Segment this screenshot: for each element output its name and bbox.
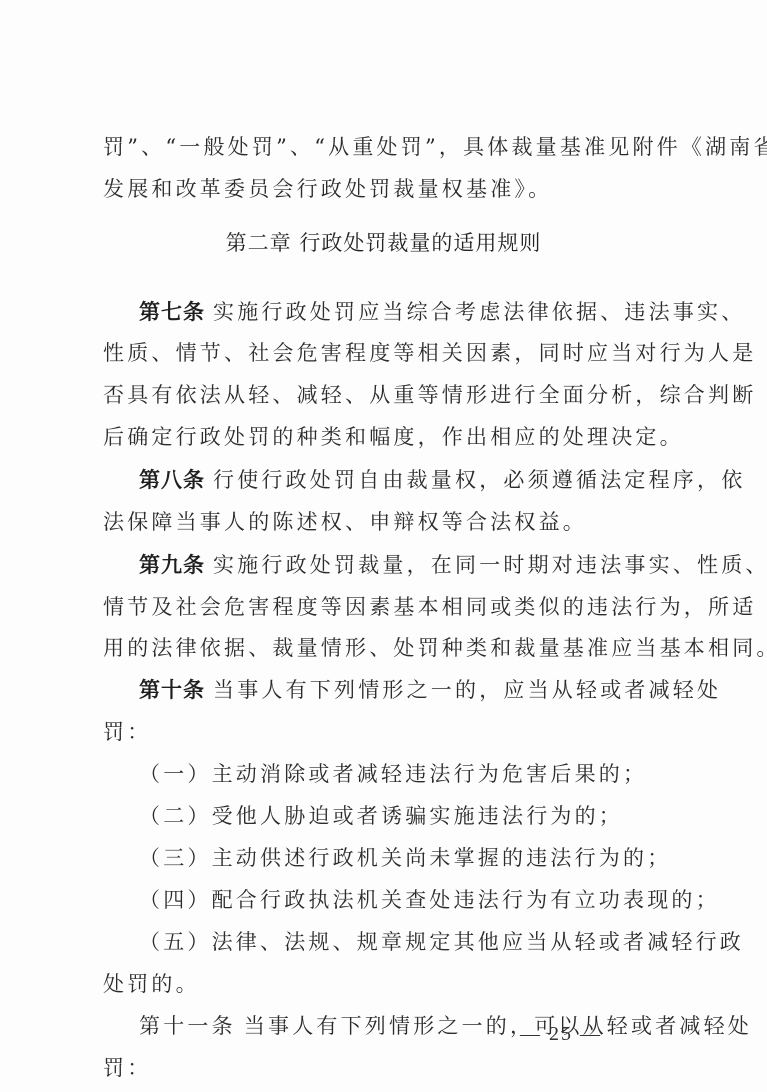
article-10-line-2: 罚：: [103, 718, 683, 746]
article-7-line-2: 性质、情节、社会危害程度等相关因素，同时应当对行为人是: [103, 339, 683, 367]
article-7-line-1: 第七条实施行政处罚应当综合考虑法律依据、违法事实、: [139, 298, 719, 326]
article-8-line-1: 第八条行使行政处罚自由裁量权，必须遵循法定程序，依: [139, 466, 719, 494]
article-10-text-1: 当事人有下列情形之一的，应当从轻或者减轻处: [213, 678, 721, 702]
article-10-item-1: （一）主动消除或者减轻违法行为危害后果的；: [139, 760, 719, 788]
article-9-line-1: 第九条实施行政处罚裁量，在同一时期对违法事实、性质、: [139, 551, 719, 579]
article-9-label: 第九条: [139, 553, 205, 577]
continuation-line-1: 罚”、“一般处罚”、“从重处罚”，具体裁量基准见附件《湖南省: [103, 133, 683, 161]
article-8-label: 第八条: [139, 468, 205, 492]
article-10-label: 第十条: [139, 678, 205, 702]
article-7-line-3: 否具有依法从轻、减轻、从重等情形进行全面分析，综合判断: [103, 381, 683, 409]
article-7-text-1: 实施行政处罚应当综合考虑法律依据、违法事实、: [213, 300, 745, 324]
document-page: 罚”、“一般处罚”、“从重处罚”，具体裁量基准见附件《湖南省 发展和改革委员会行…: [0, 0, 767, 1092]
article-9-text-1: 实施行政处罚裁量，在同一时期对违法事实、性质、: [213, 553, 767, 577]
article-10-item-5: （五）法律、法规、规章规定其他应当从轻或者减轻行政: [139, 928, 719, 956]
article-10-line-1: 第十条当事人有下列情形之一的，应当从轻或者减轻处: [139, 676, 719, 704]
continuation-line-2: 发展和改革委员会行政处罚裁量权基准》。: [103, 175, 683, 203]
article-9-line-2: 情节及社会危害程度等因素基本相同或类似的违法行为，所适: [103, 593, 683, 621]
article-11-line-2: 罚：: [103, 1054, 683, 1082]
article-7-line-4: 后确定行政处罚的种类和幅度，作出相应的处理决定。: [103, 423, 683, 451]
article-10-item-4: （四）配合行政执法机关查处违法行为有立功表现的；: [139, 886, 719, 914]
article-10-item-5-cont: 处罚的。: [103, 970, 683, 998]
article-8-line-2: 法保障当事人的陈述权、申辩权等合法权益。: [103, 508, 683, 536]
article-11-label: 第十一条: [139, 1014, 236, 1038]
article-10-item-2: （二）受他人胁迫或者诱骗实施违法行为的；: [139, 802, 719, 830]
article-8-text-1: 行使行政处罚自由裁量权，必须遵循法定程序，依: [213, 468, 745, 492]
article-7-label: 第七条: [139, 300, 205, 324]
article-11-line-1: 第十一条当事人有下列情形之一的，可以从轻或者减轻处: [139, 1012, 719, 1040]
article-9-line-3: 用的法律依据、裁量情形、处罚种类和裁量基准应当基本相同。: [103, 634, 683, 662]
article-10-item-3: （三）主动供述行政机关尚未掌握的违法行为的；: [139, 844, 719, 872]
page-number: — 25 —: [520, 1023, 602, 1046]
article-11-text-1: 当事人有下列情形之一的，可以从轻或者减轻处: [244, 1014, 752, 1038]
chapter-title: 第二章 行政处罚裁量的适用规则: [0, 229, 767, 257]
